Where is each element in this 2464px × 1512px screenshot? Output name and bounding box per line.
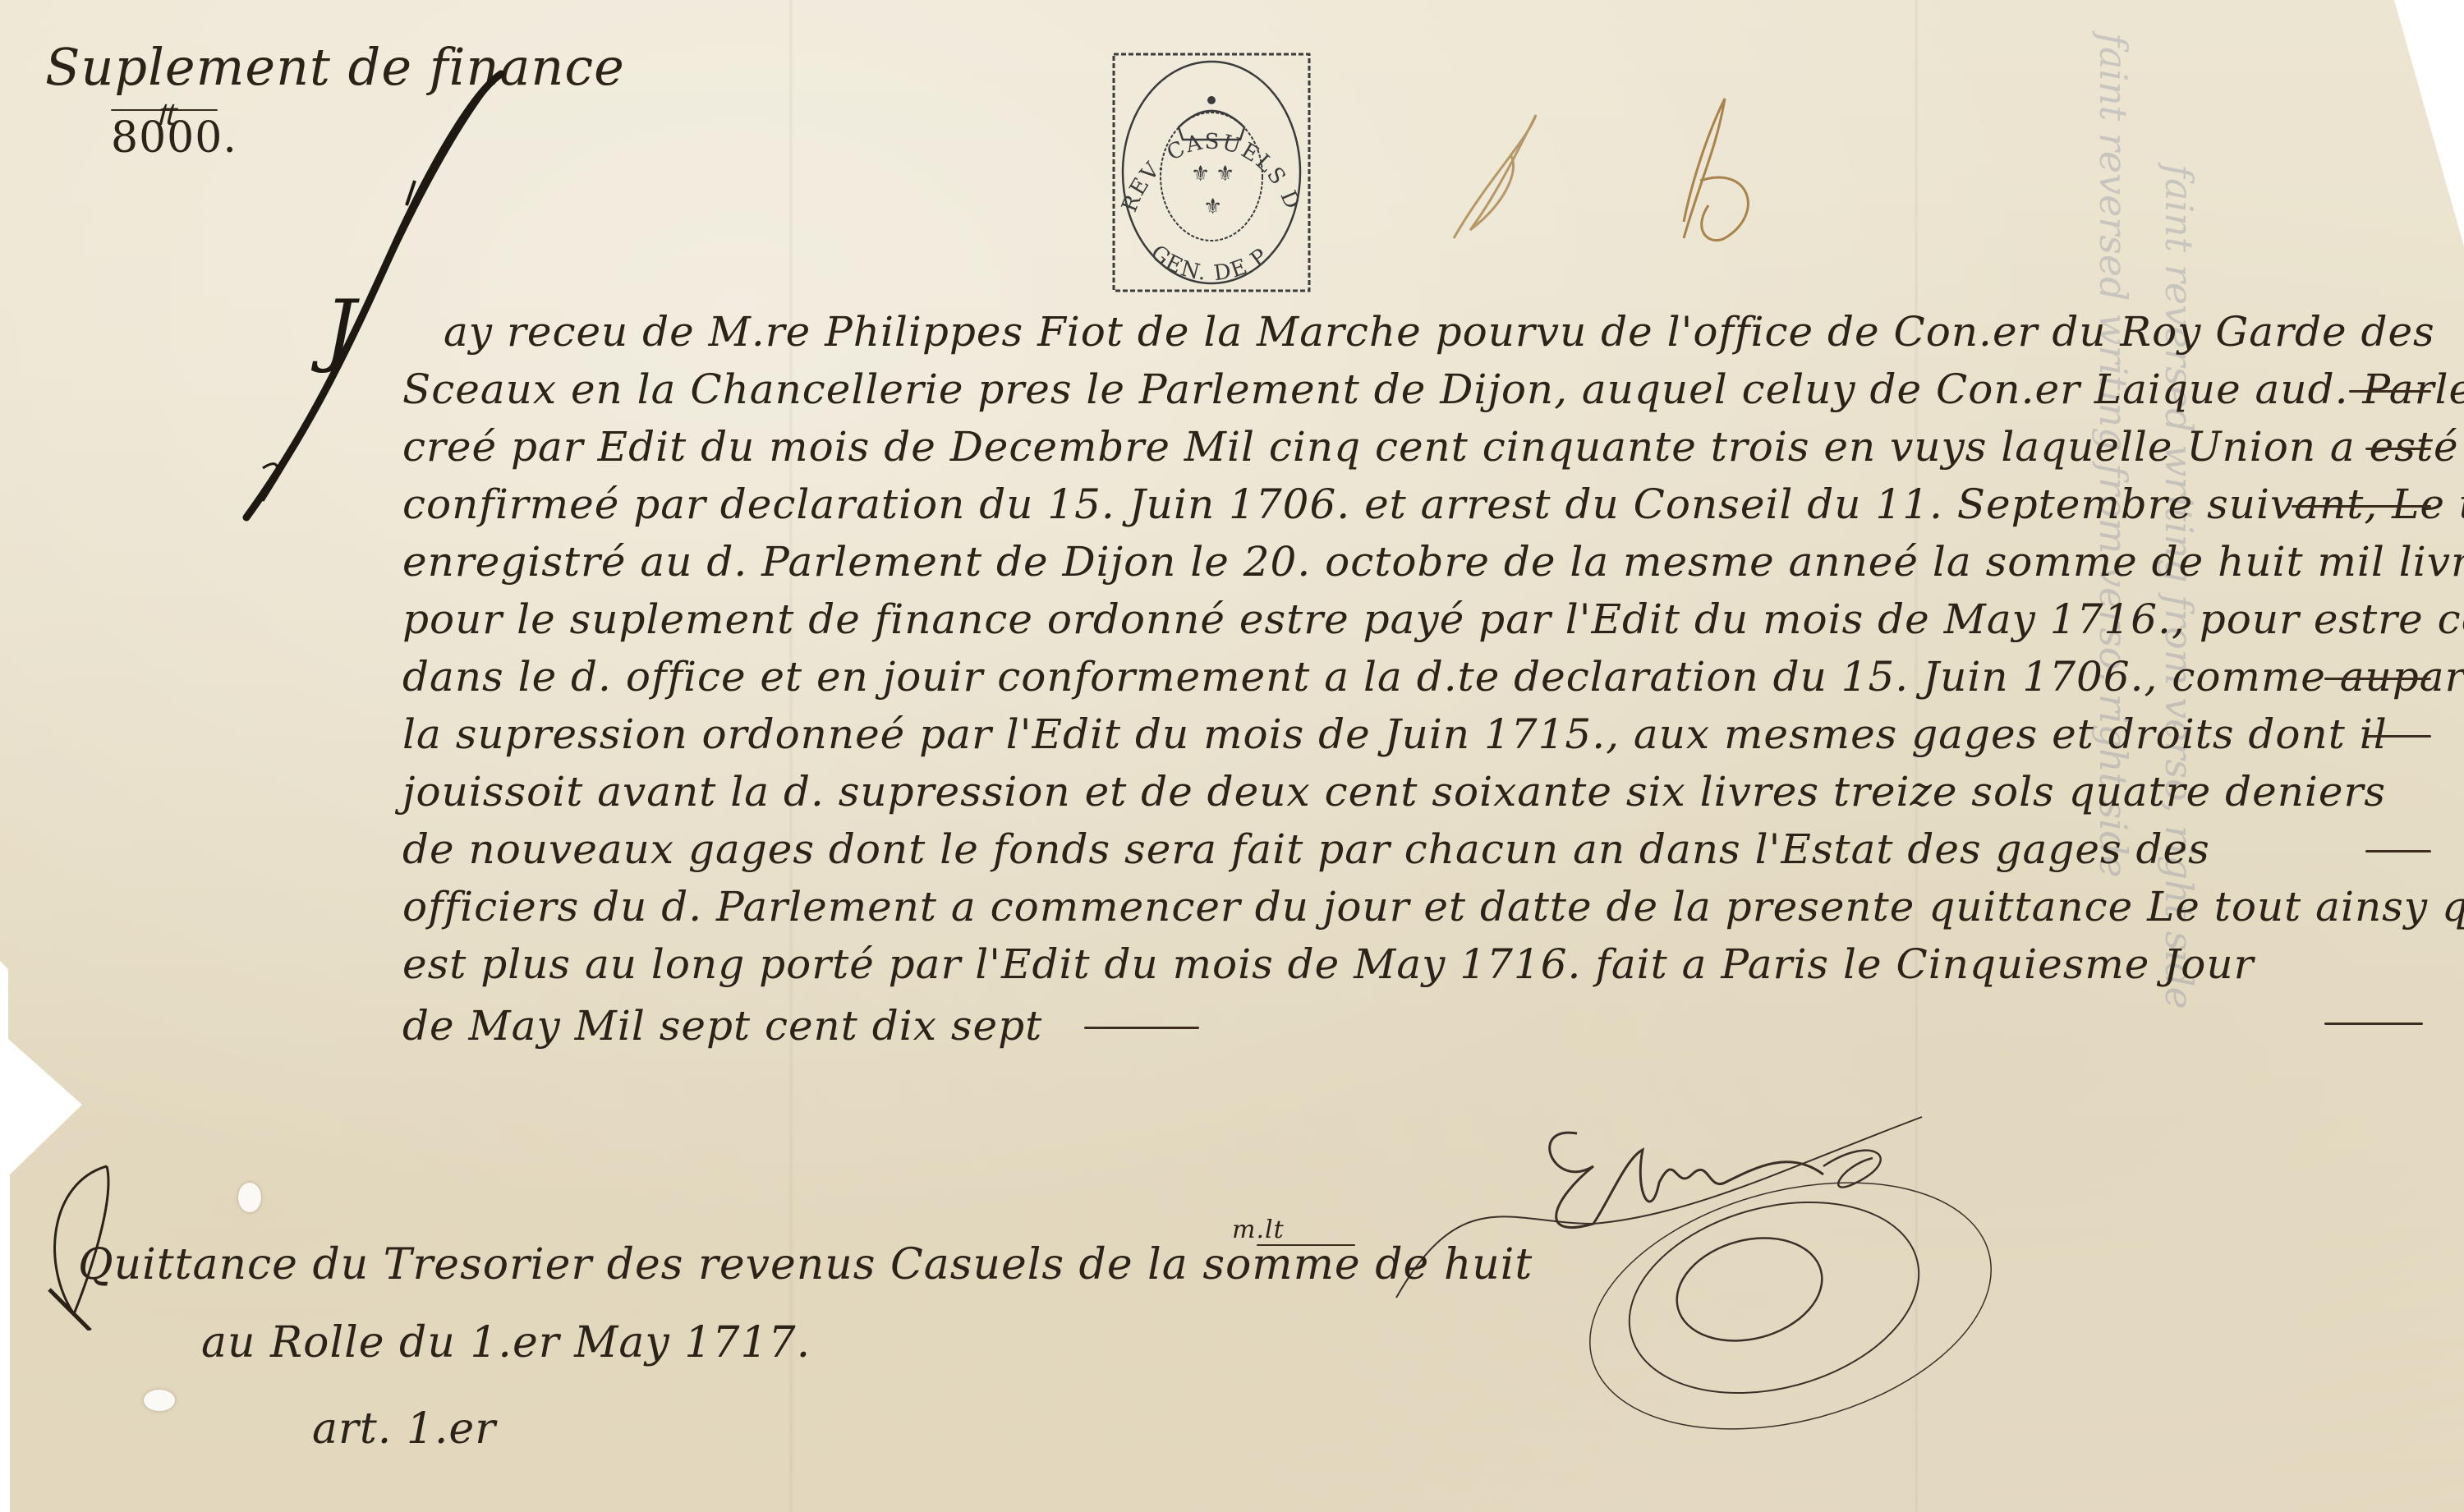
line-fill-rule xyxy=(2349,390,2431,393)
svg-text:REV. CASUELS DU ROI VI.S VIII.: REV. CASUELS DU ROI VI.S VIII.D. xyxy=(1109,49,1305,215)
body-line-5: enregistré au d. Parlement de Dijon le 2… xyxy=(402,538,2464,586)
endorsement-line-3: art. 1.er xyxy=(312,1404,496,1454)
endorsement-rule xyxy=(1257,1244,1355,1246)
body-line-2: Sceaux en la Chancellerie pres le Parlem… xyxy=(402,365,2464,413)
body-line-6: pour le suplement de finance ordonné est… xyxy=(402,595,2464,643)
margin-note-amount: 8000. xyxy=(111,113,237,163)
body-line-12: est plus au long porté par l'Edit du moi… xyxy=(402,940,2255,988)
svg-text:⚜: ⚜ xyxy=(1216,162,1236,186)
initial-letter: J xyxy=(324,283,356,375)
endorsement-superscript: m.lt xyxy=(1232,1216,1285,1244)
endorsement-line-1: Quittance du Tresorier des revenus Casue… xyxy=(78,1240,1533,1289)
paper-hole xyxy=(238,1183,261,1212)
svg-text:⚜: ⚜ xyxy=(1203,195,1224,219)
body-line-8: la supression ordonneé par l'Edit du moi… xyxy=(402,710,2388,758)
endorsement-line-2: au Rolle du 1.er May 1717. xyxy=(201,1318,811,1367)
body-line-1: ay receu de M.re Philippes Fiot de la Ma… xyxy=(444,308,2435,356)
body-line-7: dans le d. office et en jouir conformeme… xyxy=(402,653,2464,701)
paper-hole xyxy=(144,1390,175,1411)
body-line-11: officiers du d. Parlement a commencer du… xyxy=(402,883,2464,931)
line-fill-rule xyxy=(2365,735,2431,738)
body-line-13: de May Mil sept cent dix sept xyxy=(402,1002,1042,1050)
body-line-4: confirmeé par declaration du 15. Juin 17… xyxy=(402,480,2464,528)
body-line-9: jouissoit avant la d. supression et de d… xyxy=(402,768,2386,816)
line-fill-rule xyxy=(2324,1023,2423,1025)
brown-monogram-initials-icon xyxy=(1437,82,1807,271)
royal-revenue-stamp: ⚜ ⚜ ⚜ REV. CASUELS DU ROI VI.S VIII.D. G… xyxy=(1109,49,1314,296)
line-fill-rule xyxy=(2365,850,2431,853)
body-line-3: creé par Edit du mois de Decembre Mil ci… xyxy=(402,423,2459,471)
line-fill-rule xyxy=(2324,678,2431,680)
line-fill-rule xyxy=(1084,1027,1199,1029)
svg-text:⚜: ⚜ xyxy=(1191,162,1211,186)
line-fill-rule xyxy=(2365,448,2431,450)
body-line-10: de nouveaux gages dont le fonds sera fai… xyxy=(402,825,2210,873)
stamp-top-text: REV. CASUELS DU ROI VI.S VIII.D. xyxy=(1109,49,1305,215)
line-fill-rule xyxy=(2292,505,2431,508)
